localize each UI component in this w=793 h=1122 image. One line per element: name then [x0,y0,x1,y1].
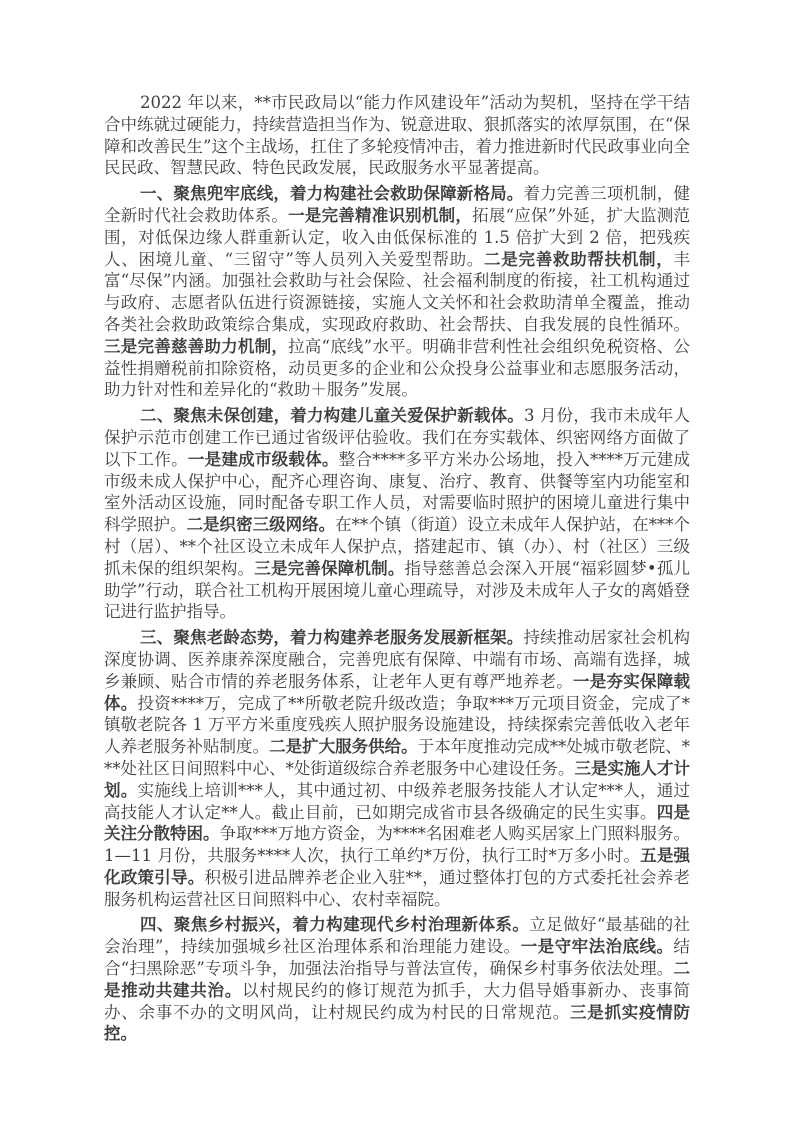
bold-run: 四、聚焦乡村振兴，着力构建现代乡村治理新体系。 [140,915,529,934]
bold-run: 三、聚焦老龄态势，着力构建养老服务发展新框架。 [140,628,523,647]
bold-run: 二、聚焦未保创建，着力构建儿童关爱保护新载体。 [140,406,524,425]
document-body: 2022 年以来，**市民政局以“能力作风建设年”活动为契机，坚持在学干结合中练… [104,92,690,1045]
paragraph: 二、聚焦未保创建，着力构建儿童关爱保护新载体。3 月份，我市未成年人保护示范市创… [104,405,690,623]
text-run: 实施线上培训***人，其中通过初、中级养老服务技能人才认定***人，通过高技能人… [104,781,690,822]
paragraph: 四、聚焦乡村振兴，着力构建现代乡村治理新体系。立足做好“最基础的社会治理”，持续… [104,914,690,1045]
paragraph: 一、聚焦兜牢底线，着力构建社会救助保障新格局。着力完善三项机制，健全新时代社会救… [104,183,690,401]
bold-run: 二是织密三级网络。 [187,515,336,534]
bold-run: 一是建成市级载体。 [188,450,339,469]
text-run: 2022 年以来，**市民政局以“能力作风建设年”活动为契机，坚持在学干结合中练… [104,93,690,177]
document-page: 2022 年以来，**市民政局以“能力作风建设年”活动为契机，坚持在学干结合中练… [0,0,793,1122]
bold-run: 一是完善精准识别机制， [288,206,472,225]
paragraph: 2022 年以来，**市民政局以“能力作风建设年”活动为契机，坚持在学干结合中练… [104,92,690,179]
bold-run: 二是扩大服务供给。 [269,737,418,756]
bold-run: 三是完善保障机制。 [254,559,404,578]
paragraph: 三、聚焦老龄态势，着力构建养老服务发展新框架。持续推动居家社会机构深度协调、医养… [104,627,690,910]
bold-run: 一是守牢法治底线。 [521,937,674,956]
bold-run: 二是完善救助帮扶机制， [484,250,673,269]
bold-run: 三是完善慈善助力机制， [104,337,288,356]
bold-run: 一、聚焦兜牢底线，着力构建社会救助保障新格局。 [140,184,523,203]
